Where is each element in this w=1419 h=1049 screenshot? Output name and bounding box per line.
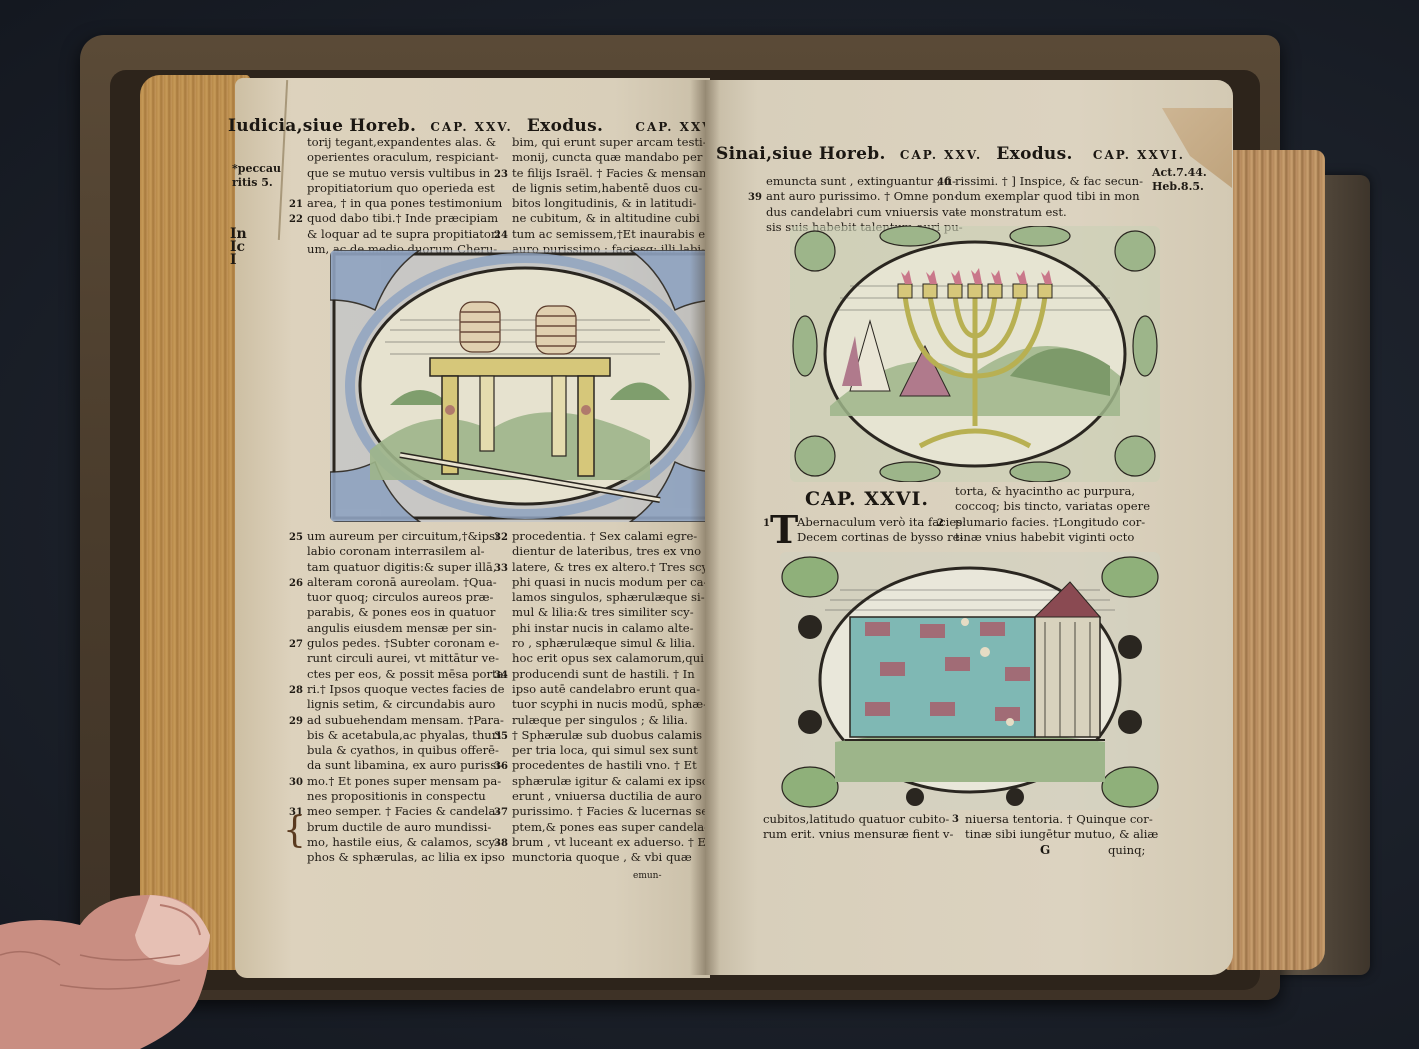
verse-number: 38 — [494, 836, 508, 851]
left-gilt-fore-edge — [140, 75, 250, 970]
cross-reference-note: Act.7.44. Heb.8.5. — [1152, 166, 1207, 194]
right-col2-bottom-text: niuersa tentoria. † Quinque cor-tinæ sib… — [965, 812, 1158, 843]
left-col1-top-text: torij tegant,expandentes alas. &operient… — [307, 135, 502, 257]
text-line-content: angulis eiusdem mensæ per sin- — [307, 621, 497, 635]
text-line-content: coccoq; bis tincto, variatas opere — [955, 499, 1150, 513]
table-shewbread-illustration — [330, 250, 720, 522]
woodcut-menorah — [790, 226, 1160, 482]
text-line: Decem cortinas de bysso re- — [797, 530, 966, 545]
text-line: tinæ vnius habebit viginti octo — [955, 530, 1150, 545]
text-line-content: emuncta sunt , extinguantur , fi- — [766, 174, 956, 188]
text-line: mo, hastile eius, & calamos, scy- — [307, 835, 508, 850]
text-line: propitiatorium quo operieda est — [307, 181, 502, 196]
text-line-content: tinæ vnius habebit viginti octo — [955, 530, 1134, 544]
text-line-content: tinæ sibi iungētur mutuo, & aliæ — [965, 827, 1158, 841]
text-line: coccoq; bis tincto, variatas opere — [955, 499, 1150, 514]
text-line: parabis, & pones eos in quatuor — [307, 605, 508, 620]
text-line-content: brum , vt luceant ex aduerso. † E- — [512, 835, 710, 849]
text-line: 23te filijs Israël. † Facies & mensam — [512, 166, 712, 181]
text-line: ne cubitum, & in altitudine cubi — [512, 211, 712, 226]
verse-number: 3 — [952, 814, 959, 825]
text-line-content: torta, & hyacintho ac purpura, — [955, 484, 1135, 498]
text-line: 40rissimi. † ] Inspice, & fac secun- — [955, 174, 1143, 189]
verse-number: 34 — [494, 668, 508, 683]
right-col2-top-text: 40rissimi. † ] Inspice, & fac secun-dum … — [955, 174, 1143, 220]
left-col2-top-text: bim, qui erunt super arcam testi-monij, … — [512, 135, 712, 257]
text-line-content: runt circuli aurei, vt mittātur ve- — [307, 651, 499, 665]
text-line-content: bula & cyathos, in quibus offerē- — [307, 743, 499, 757]
text-line: phi instar nucis in calamo alte- — [512, 621, 712, 636]
text-line: ipso autē candelabro erunt qua- — [512, 682, 712, 697]
text-line-content: bitos longitudinis, & in latitudi- — [512, 196, 696, 210]
text-line-content: ne cubitum, & in altitudine cubi — [512, 211, 700, 225]
right-col1-bottom-text: cubitos,latitudo quatuor cubito-rum erit… — [763, 812, 953, 843]
text-line-content: labio coronam interrasilem al- — [307, 544, 485, 558]
text-line: nes propositionis in conspectu — [307, 789, 508, 804]
text-line-content: tuor scyphi in nucis modū, sphæ- — [512, 697, 707, 711]
text-line-content: per tria loca, qui simul sex sunt — [512, 743, 698, 757]
verse-number: 25 — [289, 530, 303, 545]
text-line-content: alteram coronā aureolam. †Qua- — [307, 575, 497, 589]
text-line-content: † Sphærulæ sub duobus calamis — [512, 728, 702, 742]
running-head-chapter-right: CAP. XXVI. — [1093, 148, 1185, 162]
text-line: de lignis setim,habentē duos cu- — [512, 181, 712, 196]
chapter26-col2-text: torta, & hyacintho ac purpura,coccoq; bi… — [955, 484, 1150, 545]
text-line: 36procedentes de hastili vno. † Et — [512, 758, 712, 773]
text-line-content: mul & lilia:& tres similiter scy- — [512, 605, 694, 619]
text-line-content: hoc erit opus sex calamorum,qui — [512, 651, 704, 665]
text-line: bitos longitudinis, & in latitudi- — [512, 196, 712, 211]
text-line: emuncta sunt , extinguantur , fi- — [766, 174, 963, 189]
text-line: te monstratum est. — [955, 205, 1143, 220]
text-line: bim, qui erunt super arcam testi- — [512, 135, 712, 150]
text-line-content: dus candelabri cum vniuersis va- — [766, 205, 960, 219]
text-line: 28ri.† Ipsos quoque vectes facies de — [307, 682, 508, 697]
text-line-content: propitiatorium quo operieda est — [307, 181, 495, 195]
text-line-content: niuersa tentoria. † Quinque cor- — [965, 812, 1153, 826]
menorah-illustration — [790, 226, 1160, 482]
woodcut-tabernacle — [780, 552, 1160, 810]
text-line: dum exemplar quod tibi in mon — [955, 189, 1143, 204]
text-line-content: parabis, & pones eos in quatuor — [307, 605, 495, 619]
text-line: 24tum ac semissem,†Et inaurabis eā — [512, 227, 712, 242]
text-line-content: rulæque per singulos ; & lilia. — [512, 713, 688, 727]
text-line-content: quod dabo tibi.† Inde præcipiam — [307, 211, 498, 225]
text-line-content: da sunt libamina, ex auro purissi- — [307, 758, 504, 772]
text-line-content: plumario facies. †Longitudo cor- — [955, 515, 1145, 529]
text-line-content: lignis setim, & circundabis auro — [307, 697, 495, 711]
drop-cap: T — [770, 511, 798, 549]
text-line-content: procedentia. † Sex calami egre- — [512, 529, 697, 543]
text-line-content: mo.† Et pones super mensam pa- — [307, 774, 501, 788]
running-head-title: Iudicia,siue Horeb. — [228, 116, 416, 136]
text-line: 34producendi sunt de hastili. † In — [512, 667, 712, 682]
right-running-head: Sinai,siue Horeb. CAP. XXV. Exodus. CAP.… — [716, 144, 1185, 164]
text-line-content: torij tegant,expandentes alas. & — [307, 135, 496, 149]
text-line: 38brum , vt luceant ex aduerso. † E- — [512, 835, 712, 850]
text-line: 31meo semper. † Facies & candela- — [307, 804, 508, 819]
right-page-catchword: quinq; — [1108, 843, 1145, 858]
verse-number: 28 — [289, 683, 303, 698]
text-line-content: bis & acetabula,ac phyalas, thuri — [307, 728, 501, 742]
text-line-content: nes propositionis in conspectu — [307, 789, 486, 803]
text-line: monij, cuncta quæ mandabo per — [512, 150, 712, 165]
text-line: 32procedentia. † Sex calami egre- — [512, 529, 712, 544]
running-head-book: Exodus. — [996, 144, 1072, 164]
text-line: 2plumario facies. †Longitudo cor- — [955, 515, 1150, 530]
text-line-content: phi instar nucis in calamo alte- — [512, 621, 694, 635]
text-line: torta, & hyacintho ac purpura, — [955, 484, 1150, 499]
text-line-content: dientur de lateribus, tres ex vno — [512, 544, 701, 558]
text-line: operientes oraculum, respiciant- — [307, 150, 502, 165]
text-line: 37purissimo. † Facies & lucernas se- — [512, 804, 712, 819]
text-line: hoc erit opus sex calamorum,qui — [512, 651, 712, 666]
text-line: mul & lilia:& tres similiter scy- — [512, 605, 712, 620]
text-line: ctes per eos, & possit mēsa porta- — [307, 667, 508, 682]
text-line-content: latere, & tres ex altero.† Tres scy- — [512, 560, 712, 574]
text-line-content: ri.† Ipsos quoque vectes facies de — [307, 682, 505, 696]
verse-number: 22 — [289, 212, 303, 227]
text-line-content: tuor quoq; circulos aureos præ- — [307, 590, 493, 604]
text-line: & loquar ad te supra propitiatori — [307, 227, 502, 242]
verse-number: 33 — [494, 561, 508, 576]
tabernacle-illustration — [780, 552, 1160, 810]
left-col2-bottom-text: 32procedentia. † Sex calami egre-dientur… — [512, 529, 712, 866]
verse-number: 29 — [289, 714, 303, 729]
text-line: brum ductile de auro mundissi- — [307, 820, 508, 835]
text-line: 27gulos pedes. †Subter coronam e- — [307, 636, 508, 651]
text-line: 21area, † in qua pones testimonium — [307, 196, 502, 211]
right-gilt-fore-edge — [1225, 150, 1325, 970]
text-line-content: procedentes de hastili vno. † Et — [512, 758, 697, 772]
text-line: lamos singulos, sphærulæque si- — [512, 590, 712, 605]
text-line: dus candelabri cum vniuersis va- — [766, 205, 963, 220]
left-col1-bottom-text: 25um aureum per circuitum,†&ipsilabio co… — [307, 529, 508, 866]
text-line-content: rissimi. † ] Inspice, & fac secun- — [955, 174, 1143, 188]
verse-number: 30 — [289, 775, 303, 790]
text-line-content: meo semper. † Facies & candela- — [307, 804, 499, 818]
text-line: cubitos,latitudo quatuor cubito- — [763, 812, 953, 827]
text-line: niuersa tentoria. † Quinque cor- — [965, 812, 1158, 827]
running-head-chapter: CAP. XXV. — [900, 148, 982, 162]
text-line-content: mo, hastile eius, & calamos, scy- — [307, 835, 499, 849]
text-line-content: ad subuehendam mensam. †Para- — [307, 713, 504, 727]
text-line: per tria loca, qui simul sex sunt — [512, 743, 712, 758]
text-line: 26alteram coronā aureolam. †Qua- — [307, 575, 508, 590]
text-line: ro , sphærulæque simul & lilia. — [512, 636, 712, 651]
text-line: bula & cyathos, in quibus offerē- — [307, 743, 508, 758]
text-line-content: que se mutuo versis vultibus in — [307, 166, 490, 180]
gutter-shadow — [690, 80, 720, 975]
verse-number: 1 — [763, 518, 770, 529]
text-line-content: ro , sphærulæque simul & lilia. — [512, 636, 695, 650]
text-line: rulæque per singulos ; & lilia. — [512, 713, 712, 728]
text-line-content: Decem cortinas de bysso re- — [797, 530, 963, 544]
text-line-content: operientes oraculum, respiciant- — [307, 150, 499, 164]
text-line: lignis setim, & circundabis auro — [307, 697, 508, 712]
text-line-content: munctoria quoque , & vbi quæ — [512, 850, 692, 864]
text-line: tuor scyphi in nucis modū, sphæ- — [512, 697, 712, 712]
text-line-content: phos & sphærulas, ac lilia ex ipso — [307, 850, 505, 864]
text-line-content: rum erit. vnius mensuræ fient v- — [763, 827, 953, 841]
chapter-heading: CAP. XXVI. — [805, 488, 929, 510]
text-line: tuor quoq; circulos aureos præ- — [307, 590, 508, 605]
text-line-content: dum exemplar quod tibi in mon — [955, 189, 1140, 203]
text-line: torij tegant,expandentes alas. & — [307, 135, 502, 150]
woodcut-table-of-shewbread — [330, 250, 720, 522]
text-line-content: te filijs Israël. † Facies & mensam — [512, 166, 710, 180]
text-line: 39ant auro purissimo. † Omne pon- — [766, 189, 963, 204]
text-line: sphærulæ igitur & calami ex ipso — [512, 774, 712, 789]
text-line-content: lamos singulos, sphærulæque si- — [512, 590, 705, 604]
text-line: tinæ sibi iungētur mutuo, & aliæ — [965, 827, 1158, 842]
text-line-content: bim, qui erunt super arcam testi- — [512, 135, 707, 149]
text-line-content: sphærulæ igitur & calami ex ipso — [512, 774, 709, 788]
margin-note: *peccau ritis 5. — [232, 162, 281, 190]
text-line-content: ptem,& pones eas super candela- — [512, 820, 708, 834]
text-line: angulis eiusdem mensæ per sin- — [307, 621, 508, 636]
text-line: rum erit. vnius mensuræ fient v- — [763, 827, 953, 842]
text-line-content: ant auro purissimo. † Omne pon- — [766, 189, 958, 203]
verse-number: 32 — [494, 530, 508, 545]
text-line: tam quatuor digitis:& super illā, — [307, 560, 508, 575]
verse-number: 36 — [494, 759, 508, 774]
verse-number: 37 — [494, 805, 508, 820]
verse-number: 35 — [494, 729, 508, 744]
text-line-content: tum ac semissem,†Et inaurabis eā — [512, 227, 712, 241]
text-line-content: erunt , vniuersa ductilia de auro — [512, 789, 702, 803]
text-line: 35† Sphærulæ sub duobus calamis — [512, 728, 712, 743]
text-line-content: area, † in qua pones testimonium — [307, 196, 502, 210]
text-line: da sunt libamina, ex auro purissi- — [307, 758, 508, 773]
text-line: munctoria quoque , & vbi quæ — [512, 850, 712, 865]
text-line-content: te monstratum est. — [955, 205, 1067, 219]
text-line-content: ipso autē candelabro erunt qua- — [512, 682, 700, 696]
verse-number: 39 — [748, 190, 762, 205]
text-line-content: gulos pedes. †Subter coronam e- — [307, 636, 499, 650]
text-line-content: & loquar ad te supra propitiatori — [307, 227, 500, 241]
verse-number: 23 — [494, 167, 508, 182]
text-line-content: de lignis setim,habentē duos cu- — [512, 181, 702, 195]
text-line: 30mo.† Et pones super mensam pa- — [307, 774, 508, 789]
text-line: 22quod dabo tibi.† Inde præcipiam — [307, 211, 502, 226]
text-line: bis & acetabula,ac phyalas, thuri — [307, 728, 508, 743]
text-line-content: producendi sunt de hastili. † In — [512, 667, 695, 681]
text-line-content: um aureum per circuitum,†&ipsi — [307, 529, 499, 543]
text-line: erunt , vniuersa ductilia de auro — [512, 789, 712, 804]
ink-brace-annotation: { — [283, 813, 306, 849]
left-page-catchword: emun- — [633, 869, 662, 884]
verse-number: 21 — [289, 197, 303, 212]
text-line-content: monij, cuncta quæ mandabo per — [512, 150, 702, 164]
text-line: que se mutuo versis vultibus in — [307, 166, 502, 181]
text-line: phi quasi in nucis modum per ca- — [512, 575, 712, 590]
text-line: dientur de lateribus, tres ex vno — [512, 544, 712, 559]
text-line-content: phi quasi in nucis modum per ca- — [512, 575, 707, 589]
verse-number: 40 — [937, 175, 951, 190]
hand-holding-book — [0, 895, 260, 1049]
text-line: 33latere, & tres ex altero.† Tres scy- — [512, 560, 712, 575]
text-line: 25um aureum per circuitum,†&ipsi — [307, 529, 508, 544]
verse-number: 27 — [289, 637, 303, 652]
text-line-content: tam quatuor digitis:& super illā, — [307, 560, 497, 574]
verse-number: 24 — [494, 228, 508, 243]
margin-note-cropped: In Ic I — [230, 228, 247, 267]
text-line: phos & sphærulas, ac lilia ex ipso — [307, 850, 508, 865]
text-line-content: cubitos,latitudo quatuor cubito- — [763, 812, 949, 826]
running-head-book: Exodus. — [527, 116, 603, 136]
signature-mark: G — [1040, 843, 1050, 857]
verse-number: 26 — [289, 576, 303, 591]
text-line: runt circuli aurei, vt mittātur ve- — [307, 651, 508, 666]
text-line-content: ctes per eos, & possit mēsa porta- — [307, 667, 508, 681]
text-line: ptem,& pones eas super candela- — [512, 820, 712, 835]
running-head-chapter: CAP. XXV. — [430, 120, 512, 134]
text-line-content: purissimo. † Facies & lucernas se- — [512, 804, 712, 818]
text-line-content: brum ductile de auro mundissi- — [307, 820, 491, 834]
left-running-head: Iudicia,siue Horeb. CAP. XXV. Exodus. CA… — [228, 116, 718, 136]
running-head-title: Sinai,siue Horeb. — [716, 144, 886, 164]
text-line: labio coronam interrasilem al- — [307, 544, 508, 559]
verse-number: 2 — [937, 516, 944, 531]
text-line: 29ad subuehendam mensam. †Para- — [307, 713, 508, 728]
